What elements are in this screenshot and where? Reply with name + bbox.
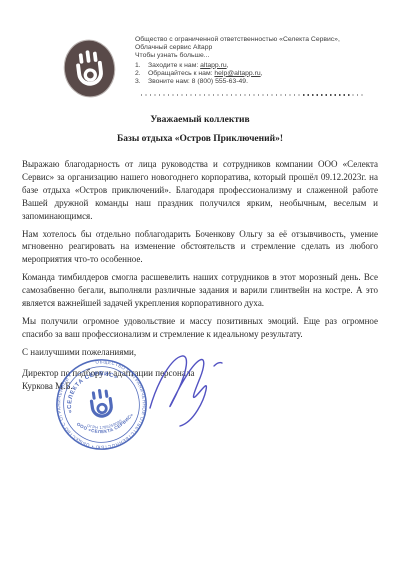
company-name: Общество с ограниченной ответственностью… — [135, 36, 367, 44]
contact-suffix: , — [227, 62, 229, 69]
paragraph-teambuilding: Команда тимбилдеров смогла расшевелить н… — [22, 271, 378, 310]
contact-item-phone: 3. Звоните нам: 8 (800) 555-63-49. — [135, 78, 367, 86]
contact-prefix: Обращайтесь к нам: — [148, 70, 214, 77]
contact-prefix: Заходите к нам: — [148, 62, 200, 69]
paragraph-personal-thanks: Нам хотелось бы отдельно поблагодарить Б… — [22, 228, 378, 267]
company-header: Общество с ограниченной ответственностью… — [135, 36, 367, 86]
contact-text: Заходите к нам: altapp.ru, — [148, 62, 229, 70]
dotted-separator-dark-segment — [303, 94, 351, 96]
signature-scribble — [136, 346, 246, 434]
paragraph-emotions: Мы получили огромное удовольствие и масс… — [22, 315, 378, 341]
paragraph-gratitude: Выражаю благодарность от лица руководств… — [22, 158, 378, 223]
phone-text: Звоните нам: 8 (800) 555-63-49. — [148, 78, 248, 85]
site-link[interactable]: altapp.ru — [200, 62, 226, 69]
salutation-line2: Базы отдыха «Остров Приключений»! — [0, 130, 400, 149]
list-number: 1. — [135, 62, 148, 70]
dotted-separator — [141, 94, 365, 96]
contact-list: 1. Заходите к нам: altapp.ru, 2. Обращай… — [135, 62, 367, 87]
contact-item-site: 1. Заходите к нам: altapp.ru, — [135, 62, 367, 70]
contact-item-email: 2. Обращайтесь к нам: help@altapp.ru, — [135, 70, 367, 78]
list-number: 3. — [135, 78, 148, 86]
stamp-hand-icon — [90, 389, 112, 417]
salutation-line1: Уважаемый коллектив — [0, 111, 400, 130]
salutation: Уважаемый коллектив Базы отдыха «Остров … — [0, 111, 400, 149]
altapp-hand-logo — [56, 39, 123, 98]
list-number: 2. — [135, 70, 148, 78]
header-tagline: Чтобы узнать больше... — [135, 52, 367, 60]
email-link[interactable]: help@altapp.ru — [214, 70, 260, 77]
contact-text: Звоните нам: 8 (800) 555-63-49. — [148, 78, 248, 86]
contact-suffix: , — [261, 70, 263, 77]
letter-body: Выражаю благодарность от лица руководств… — [22, 158, 378, 346]
contact-text: Обращайтесь к нам: help@altapp.ru, — [148, 70, 263, 78]
letter-page: Общество с ограниченной ответственностью… — [0, 0, 400, 567]
